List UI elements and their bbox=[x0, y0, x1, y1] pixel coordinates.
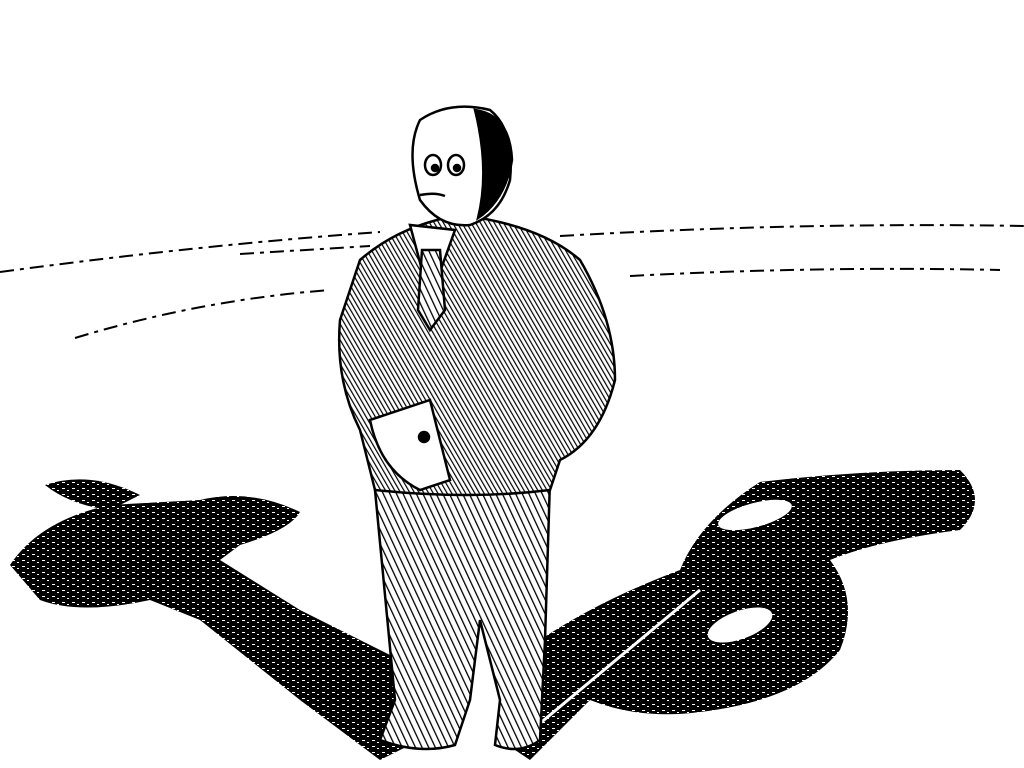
dollar-shadow bbox=[500, 470, 975, 760]
cross-shadow bbox=[10, 479, 420, 760]
illustration bbox=[0, 0, 1024, 768]
